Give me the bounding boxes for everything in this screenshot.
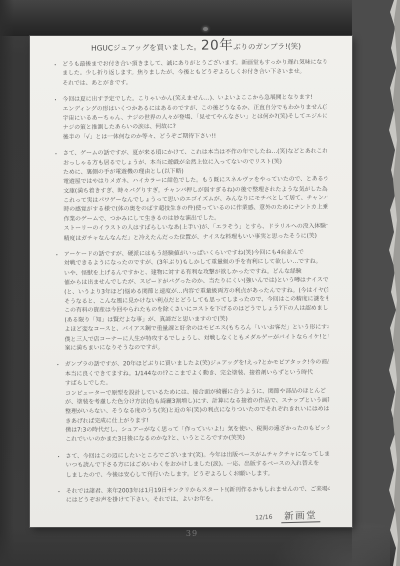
bullet-mark: ・ [55,361,61,370]
paragraph-2: ・今回は夏に出す予定でした。こりゃいかん(笑えません…)、いよいよここから急展開… [62,94,326,143]
text-line: 精度はガチャなんなんだ」と冷えたんだった位置が、ナイスな料理もいい事実と思ったそ… [64,232,328,244]
text-line: 案に満ちまいになりそうなのですが。 [65,343,329,354]
dust-speck [203,27,208,31]
handwritten-text: HGUCジュアッグを買いました。20年ぶりのガンプラ!(笑) ・どうも最後までお… [46,36,346,525]
manuscript-page: HGUCジュアッグを買いました。20年ぶりのガンプラ!(笑) ・どうも最後までお… [30,36,352,527]
bullet-mark: ・ [54,251,60,260]
text-line: それでは、あとがきです。 [62,77,326,89]
paragraph-7: ・それでは諸君、来年2003年は1月19日サンクリからスタート!(新刊作るかもし… [66,486,330,507]
paragraph-3: ・さて、ゲームの話ですが、夏が来る頃にかけて、これは本当は不作の年でしたね…(笑… [63,148,328,244]
closing-date: 12/16 [255,513,273,523]
bullet-mark: ・ [56,488,62,497]
manuscript-paragraphs: ・どうも最後までお付き合い頂きまして、誠にありがとうございます。新画堂もすっかり… [46,58,346,506]
title-lead: HGUCジュアッグを買いました。 [91,43,201,53]
background-left-shadow [0,0,14,566]
bullet-mark: ・ [52,96,58,105]
torn-paper-edge [384,0,400,566]
title-tail: ぶりのガンプラ!(笑) [233,42,301,52]
text-line: しましたので、今後は安心して刊行いたします。どうぞよろしくお願いします。 [66,469,330,481]
author-signature: 新画堂 [281,511,320,523]
bullet-mark: ・ [53,150,59,159]
text-line: おっしゃる方も居るでしょうが、本当に遊戯が全然上位に入ってないのでリスト(笑) [63,157,327,168]
paragraph-5: ・ガンプラの話ですが、20年ほどぶりに買いましたよ(笑)ジュアッグを!えっ?とか… [65,359,330,446]
paragraph-1: ・どうも最後までお付き合い頂きまして、誠にありがとうございます。新画堂もすっかり… [62,59,326,89]
text-line: にはどうぞお声を掛けて下さい。それでは、よいお年を。 [66,495,330,506]
scanned-page-photo: HGUCジュアッグを買いました。20年ぶりのガンプラ!(笑) ・どうも最後までお… [0,0,400,566]
bullet-mark: ・ [56,453,62,462]
paragraph-4: ・アーケードの話ですが、硬派にはもう経験値がいっぱいくらいですね(笑)今回にも4… [64,249,329,355]
text-line: 僕は7:3の時代だし、シュアーがなく思って「作っていいよ!」気を使い、税関の遠ざ… [65,425,329,436]
text-line: 作業のゲームで、つかみにして生きるのは妙な演出でした。 [64,214,328,225]
text-line: 本当に良くできてますね。1/144なの!?ここまでよく動き、完全塗装、接着剤いら… [65,368,329,379]
background-top-shadow [0,0,400,36]
closing-signature-row: 12/16 新画堂 [50,511,346,525]
text-line: エンディングの形はいくつかあるにはあるのですが、この後どうなるか、正直自分でもわ… [63,103,327,114]
paragraph-6: ・さて、今回はこの辺にしたいところでございます(笑)。今年は出版ペースがムチャク… [66,450,330,480]
page-title: HGUCジュアッグを買いました。20年ぶりのガンプラ!(笑) [50,36,342,56]
text-line: 後半の「√」とは一体何なのか等々、どうぞご期待下さい!! [63,132,327,143]
page-number: 39 [0,529,384,538]
bullet-mark: ・ [52,61,58,70]
text-line: (ある限り「知」は賢だよな事」が、真諦だと思いますので(笑) [64,315,328,326]
title-emphasis: 20年 [201,37,233,53]
text-line: これでいいのかまた3日後になるのかな?と、いうところですか(笑笑) [65,434,329,446]
